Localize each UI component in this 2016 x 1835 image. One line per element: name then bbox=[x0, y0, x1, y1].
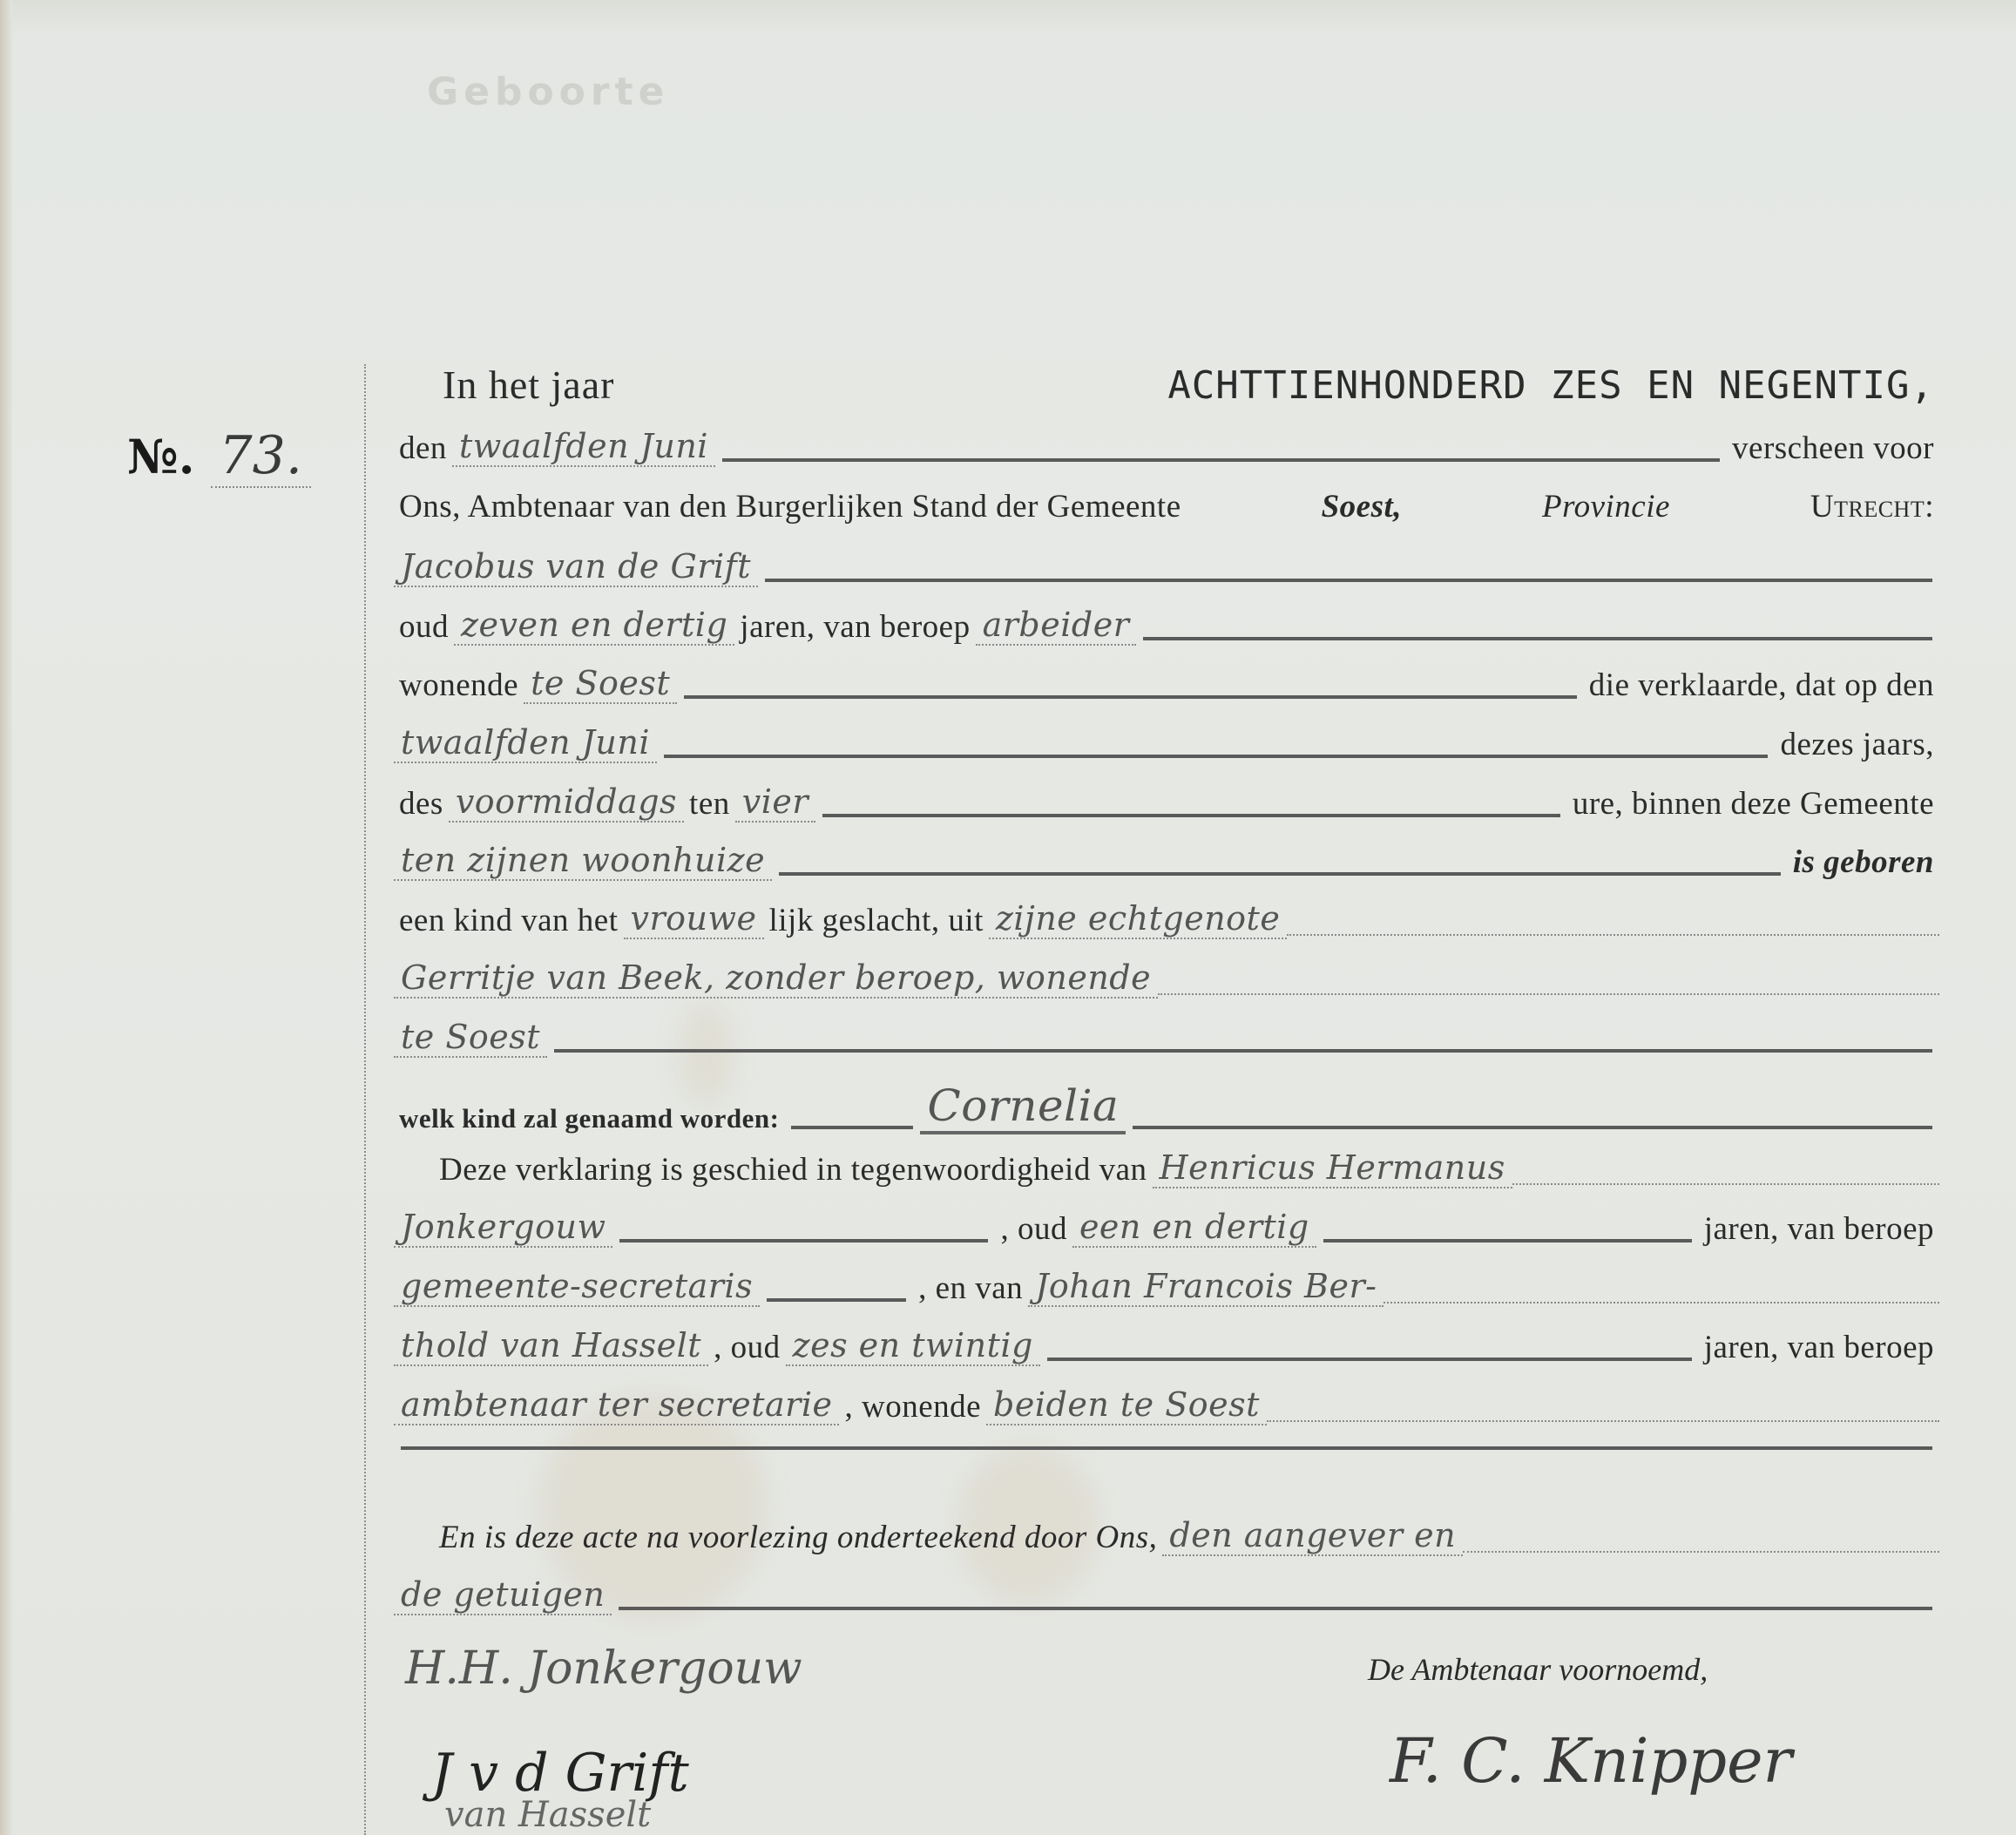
handwritten-witness-1: Henricus Hermanus bbox=[1153, 1148, 1512, 1188]
printed-text: , oud bbox=[708, 1329, 786, 1366]
fill-line bbox=[1323, 1239, 1692, 1243]
handwritten-occupation: ambtenaar ter secretarie bbox=[394, 1385, 839, 1425]
handwritten-witness-2-surname: thold van Hasselt bbox=[394, 1326, 708, 1366]
printed-text: jaren, van beroep bbox=[1699, 1210, 1939, 1248]
handwritten-residence: te Soest bbox=[394, 1018, 547, 1058]
register-number: №.73. bbox=[127, 425, 311, 486]
form-line: Gerritje van Beek, zonder beroep, wonend… bbox=[394, 958, 1939, 999]
form-line: twaalfden Juni dezes jaars, bbox=[394, 723, 1939, 763]
printed-text: een kind van het bbox=[394, 902, 624, 939]
page-edge bbox=[0, 0, 12, 1835]
printed-text: ure, binnen deze Gemeente bbox=[1567, 785, 1939, 823]
printed-text: Ons, Ambtenaar van den Burgerlijken Stan… bbox=[394, 488, 1187, 525]
fill-line bbox=[722, 458, 1720, 462]
province: Utrecht: bbox=[1805, 488, 1939, 525]
fill-line bbox=[554, 1049, 1932, 1053]
handwritten-residence: te Soest bbox=[524, 664, 677, 704]
number-label: №. bbox=[127, 429, 195, 484]
dotted-line bbox=[1512, 1183, 1939, 1185]
fill-line bbox=[619, 1239, 988, 1243]
fill-line bbox=[684, 695, 1577, 699]
printed-text: is geboren bbox=[1788, 843, 1939, 881]
printed-text: des bbox=[394, 785, 449, 823]
printed-text: Deze verklaring is geschied in tegenwoor… bbox=[434, 1151, 1153, 1188]
handwritten-birth-date: twaalfden Juni bbox=[394, 723, 657, 763]
dotted-line bbox=[1383, 1302, 1939, 1303]
dotted-line bbox=[1267, 1420, 1939, 1422]
fill-line bbox=[765, 579, 1932, 582]
printed-text: , en van bbox=[913, 1270, 1028, 1307]
printed-text: jaren, van beroep bbox=[1699, 1329, 1939, 1366]
printed-text: , oud bbox=[995, 1210, 1072, 1248]
printed-text: wonende bbox=[394, 667, 524, 704]
printed-text: ten bbox=[684, 785, 735, 823]
handwritten-residence: beiden te Soest bbox=[986, 1385, 1267, 1425]
form-line: ambtenaar ter secretarie , wonende beide… bbox=[394, 1385, 1939, 1425]
printed-text: den bbox=[394, 430, 452, 467]
signature-witness-1: H.H. Jonkergouw bbox=[405, 1642, 802, 1695]
form-line: te Soest bbox=[394, 1018, 1939, 1058]
form-line: een kind van het vrouwe lijk geslacht, u… bbox=[394, 899, 1939, 939]
printed-text: welk kind zal genaamd worden: bbox=[394, 1103, 784, 1134]
handwritten-hour: vier bbox=[735, 782, 815, 823]
fill-line bbox=[1133, 1126, 1932, 1129]
handwritten-occupation: gemeente-secretaris bbox=[394, 1267, 760, 1307]
printed-text: En is deze acte na voorlezing onderteeke… bbox=[434, 1519, 1162, 1556]
handwritten-child-name: Cornelia bbox=[920, 1080, 1126, 1134]
number-value: 73. bbox=[211, 425, 311, 488]
fill-line bbox=[401, 1446, 1932, 1450]
printed-text: dezes jaars, bbox=[1775, 726, 1939, 763]
printed-text: , wonende bbox=[839, 1388, 986, 1425]
form-line: de getuigen bbox=[394, 1575, 1939, 1615]
form-line: welk kind zal genaamd worden: Cornelia bbox=[394, 1080, 1939, 1134]
form-line: En is deze acte na voorlezing onderteeke… bbox=[394, 1516, 1939, 1556]
handwritten-place: ten zijnen woonhuize bbox=[394, 841, 772, 881]
form-line: Ons, Ambtenaar van den Burgerlijken Stan… bbox=[394, 488, 1939, 525]
municipality: Soest, bbox=[1316, 488, 1407, 525]
handwritten-occupation: arbeider bbox=[976, 606, 1137, 646]
handwritten-witness-1-surname: Jonkergouw bbox=[394, 1208, 612, 1248]
form-line-blank bbox=[394, 1446, 1939, 1455]
handwritten-signatories: de getuigen bbox=[394, 1575, 612, 1615]
handwritten-mother: Gerritje van Beek, zonder beroep, wonend… bbox=[394, 958, 1158, 999]
fill-line bbox=[779, 872, 1781, 876]
form-line: Deze verklaring is geschied in tegenwoor… bbox=[394, 1148, 1939, 1188]
handwritten-signatories: den aangever en bbox=[1162, 1516, 1463, 1556]
dotted-line bbox=[1463, 1551, 1939, 1553]
handwritten-age: zeven en dertig bbox=[454, 606, 734, 646]
fill-line bbox=[1143, 637, 1932, 640]
handwritten-time-of-day: voormiddags bbox=[449, 782, 684, 823]
form-line: den twaalfden Juni verscheen voor bbox=[394, 427, 1939, 467]
fill-line bbox=[664, 755, 1768, 758]
form-line: des voormiddags ten vier ure, binnen dez… bbox=[394, 782, 1939, 823]
printed-text: die verklaarde, dat op den bbox=[1584, 667, 1939, 704]
margin-rule bbox=[364, 364, 366, 1835]
title-line: In het jaar ACHTTIENHONDERD ZES EN NEGEN… bbox=[394, 362, 1939, 408]
handwritten-relation: zijne echtgenote bbox=[989, 899, 1287, 939]
official-label: De Ambtenaar voornoemd, bbox=[1368, 1651, 1708, 1688]
signature-official: F. C. Knipper bbox=[1390, 1725, 1792, 1797]
fill-line bbox=[791, 1126, 913, 1129]
handwritten-date: twaalfden Juni bbox=[452, 427, 715, 467]
fill-line bbox=[1047, 1358, 1692, 1361]
fill-line bbox=[619, 1607, 1932, 1610]
printed-text: Provincie bbox=[1537, 488, 1675, 525]
printed-text: verscheen voor bbox=[1727, 430, 1939, 467]
signature-witness-2: van Hasselt bbox=[444, 1795, 651, 1835]
printed-text: lijk geslacht, uit bbox=[764, 902, 989, 939]
fill-line bbox=[822, 814, 1560, 817]
handwritten-witness-2: Johan Francois Ber- bbox=[1028, 1267, 1383, 1307]
form-line: thold van Hasselt , oud zes en twintig j… bbox=[394, 1326, 1939, 1366]
printed-text: jaren, van beroep bbox=[734, 608, 975, 646]
form-line: gemeente-secretaris , en van Johan Franc… bbox=[394, 1267, 1939, 1307]
handwritten-age: zes en twintig bbox=[786, 1326, 1040, 1366]
form-line: ten zijnen woonhuize is geboren bbox=[394, 841, 1939, 881]
form-line: Jacobus van de Grift bbox=[394, 547, 1939, 587]
handwritten-sex: vrouwe bbox=[624, 899, 764, 939]
form-line: wonende te Soest die verklaarde, dat op … bbox=[394, 664, 1939, 704]
form-line: Jonkergouw , oud een en dertig jaren, va… bbox=[394, 1208, 1939, 1248]
handwritten-age: een en dertig bbox=[1072, 1208, 1316, 1248]
printed-year: ACHTTIENHONDERD ZES EN NEGENTIG, bbox=[1162, 363, 1939, 408]
dotted-line bbox=[1287, 934, 1939, 936]
form-line: oud zeven en dertig jaren, van beroep ar… bbox=[394, 606, 1939, 646]
printed-text: oud bbox=[394, 608, 454, 646]
handwritten-declarant: Jacobus van de Grift bbox=[394, 547, 758, 587]
printed-text: In het jaar bbox=[437, 362, 619, 408]
bleed-through-header: Geboorte bbox=[427, 70, 669, 114]
fill-line bbox=[767, 1298, 906, 1302]
dotted-line bbox=[1158, 993, 1939, 995]
